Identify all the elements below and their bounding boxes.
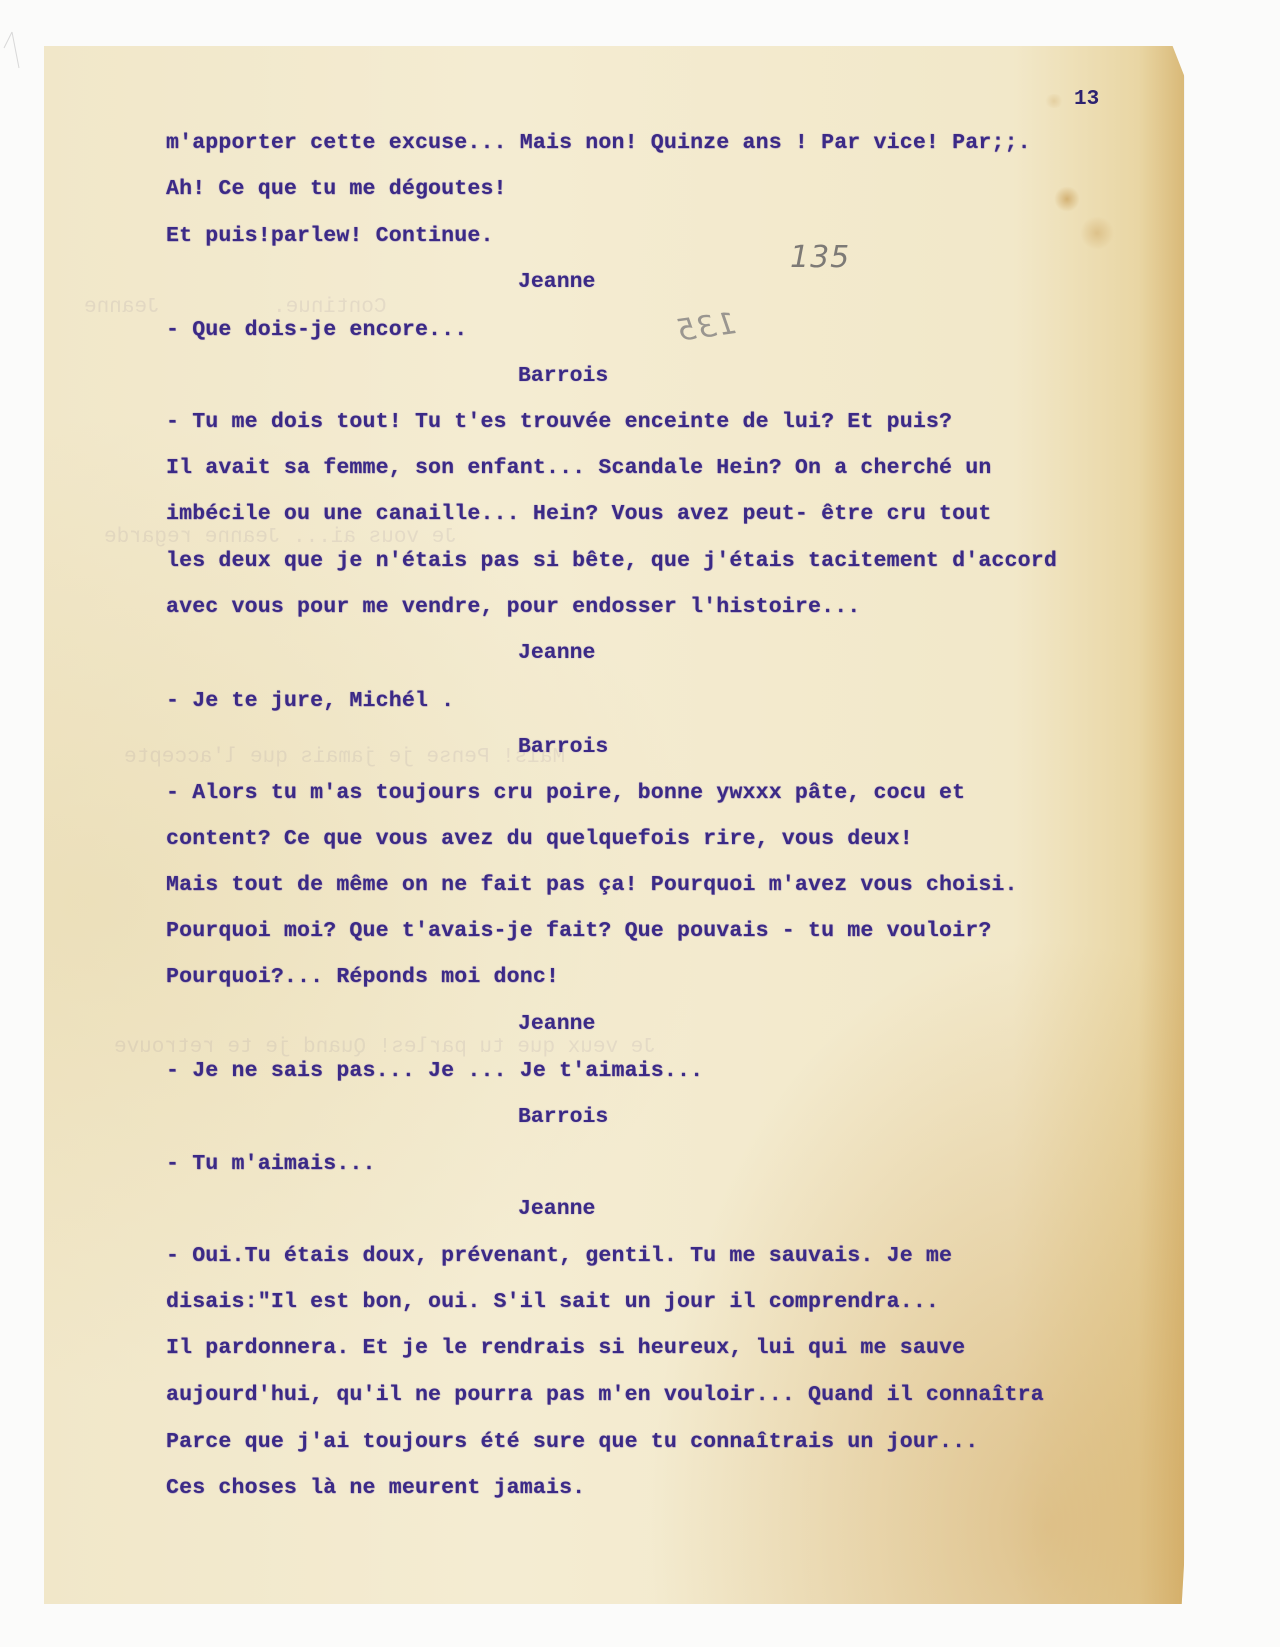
dialogue-line: Ces choses là ne meurent jamais. xyxy=(166,1478,585,1500)
paper-stain xyxy=(1080,216,1114,250)
dialogue-line: les deux que je n'étais pas si bête, que… xyxy=(166,551,1057,573)
bleed-through-text: Je veux que tu parles! Quand je te retro… xyxy=(114,1036,656,1059)
dialogue-line: - Tu me dois tout! Tu t'es trouvée encei… xyxy=(166,412,952,434)
speaker-name: Barrois xyxy=(518,737,608,759)
dialogue-line: - Je te jure, Michél . xyxy=(166,691,454,713)
dialogue-line: - Je ne sais pas... Je ... Je t'aimais..… xyxy=(166,1061,703,1083)
speaker-name: Barrois xyxy=(518,1107,608,1129)
speaker-name: Jeanne xyxy=(518,272,595,294)
dialogue-line: Pourquoi moi? Que t'avais-je fait? Que p… xyxy=(166,921,991,943)
dialogue-line: - Alors tu m'as toujours cru poire, bonn… xyxy=(166,783,965,805)
pencil-folio-number: 135 xyxy=(790,240,850,275)
paper-stain xyxy=(1054,186,1080,212)
dialogue-line: Et puis!parlew! Continue. xyxy=(166,226,494,248)
dialogue-line: - Oui.Tu étais doux, prévenant, gentil. … xyxy=(166,1246,952,1268)
dialogue-line: disais:"Il est bon, oui. S'il sait un jo… xyxy=(166,1292,939,1314)
dialogue-line: avec vous pour me vendre, pour endosser … xyxy=(166,597,860,619)
bleed-through-text: Je vous ai... Jeanne regarde xyxy=(104,526,457,549)
dialogue-line: aujourd'hui, qu'il ne pourra pas m'en vo… xyxy=(166,1385,1044,1407)
speaker-name: Jeanne xyxy=(518,1199,595,1221)
dialogue-line: Il avait sa femme, son enfant... Scandal… xyxy=(166,458,991,480)
dialogue-line: Pourquoi?... Réponds moi donc! xyxy=(166,967,559,989)
page-number: 13 xyxy=(1074,88,1099,111)
dialogue-line: Ah! Ce que tu me dégoutes! xyxy=(166,179,507,201)
paper-stain xyxy=(1044,94,1064,108)
dialogue-line: content? Ce que vous avez du quelquefois… xyxy=(166,829,913,851)
typewritten-page: Continue. Jeanne Je vous ai... Jeanne re… xyxy=(44,46,1184,1604)
speaker-name: Jeanne xyxy=(518,643,595,665)
speaker-name: Barrois xyxy=(518,366,608,388)
bleed-through-text: Continue. Jeanne xyxy=(84,296,386,319)
dialogue-line: m'apporter cette excuse... Mais non! Qui… xyxy=(166,133,1031,155)
bleed-through-text: Mais! Pense je jamais que l'accepte xyxy=(124,746,565,769)
speaker-name: Jeanne xyxy=(518,1014,595,1036)
dialogue-line: - Tu m'aimais... xyxy=(166,1154,376,1176)
scan-artifact-mark xyxy=(2,30,20,72)
dialogue-line: Parce que j'ai toujours été sure que tu … xyxy=(166,1432,978,1454)
dialogue-line: imbécile ou une canaille... Hein? Vous a… xyxy=(166,504,991,526)
dialogue-line: Mais tout de même on ne fait pas ça! Pou… xyxy=(166,875,1018,897)
dialogue-line: - Que dois-je encore... xyxy=(166,320,467,342)
dialogue-line: Il pardonnera. Et je le rendrais si heur… xyxy=(166,1338,965,1360)
